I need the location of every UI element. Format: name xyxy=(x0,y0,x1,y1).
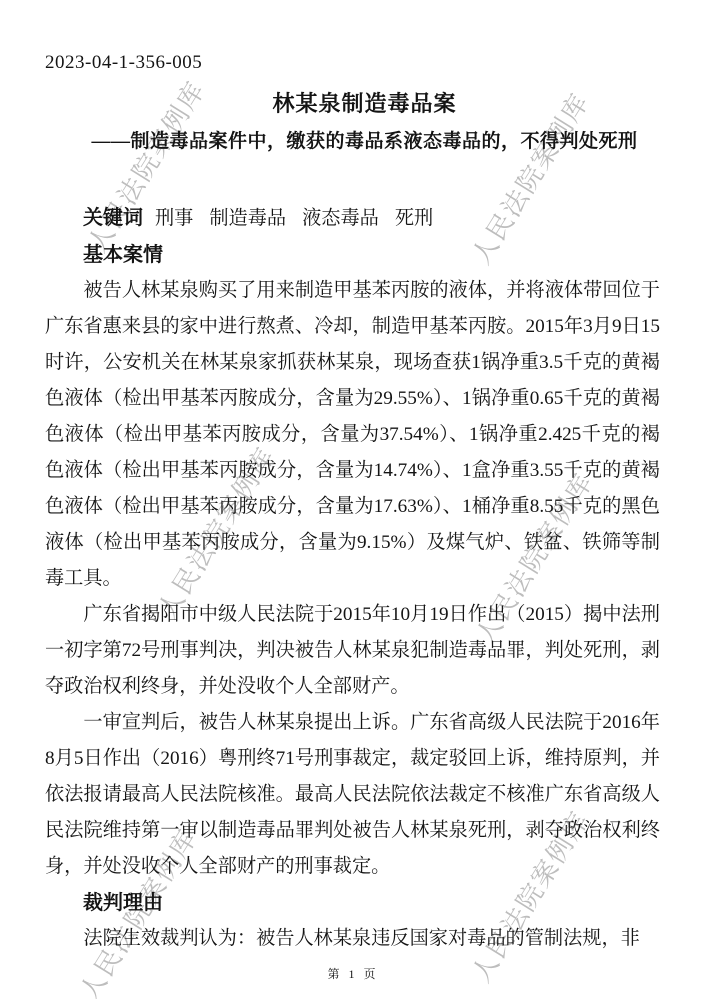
document-title: 林某泉制造毒品案 xyxy=(69,87,660,118)
paragraph: 广东省揭阳市中级人民法院于2015年10月19日作出（2015）揭中法刑一初字第… xyxy=(45,597,660,705)
keyword-item: 制造毒品 xyxy=(209,208,286,229)
keywords-label: 关键词 xyxy=(83,207,143,229)
keyword-item: 死刑 xyxy=(395,208,433,229)
paragraph: 一审宣判后，被告人林某泉提出上诉。广东省高级人民法院于2016年8月5日作出（2… xyxy=(45,705,660,885)
case-number: 2023-04-1-356-005 xyxy=(45,52,660,74)
document-content: 2023-04-1-356-005 林某泉制造毒品案 ——制造毒品案件中，缴获的… xyxy=(45,0,660,957)
section-heading-basic-facts: 基本案情 xyxy=(45,237,660,273)
document-page: 人民法院案例库 人民法院案例库 人民法院案例库 人民法院案例库 人民法院案例库 … xyxy=(0,0,706,999)
page-number: 第 1 页 xyxy=(0,965,706,982)
document-subtitle: ——制造毒品案件中，缴获的毒品系液态毒品的，不得判处死刑 xyxy=(69,126,660,153)
paragraph: 法院生效裁判认为：被告人林某泉违反国家对毒品的管制法规，非 xyxy=(45,921,660,957)
keyword-item: 刑事 xyxy=(155,208,193,229)
keywords-row: 关键词刑事制造毒品液态毒品死刑 xyxy=(45,200,660,237)
paragraph: 被告人林某泉购买了用来制造甲基苯丙胺的液体，并将液体带回位于广东省惠来县的家中进… xyxy=(45,273,660,597)
section-heading-judgment-reasoning: 裁判理由 xyxy=(45,885,660,921)
keyword-item: 液态毒品 xyxy=(302,208,379,229)
document-header: 林某泉制造毒品案 ——制造毒品案件中，缴获的毒品系液态毒品的，不得判处死刑 xyxy=(45,87,660,153)
